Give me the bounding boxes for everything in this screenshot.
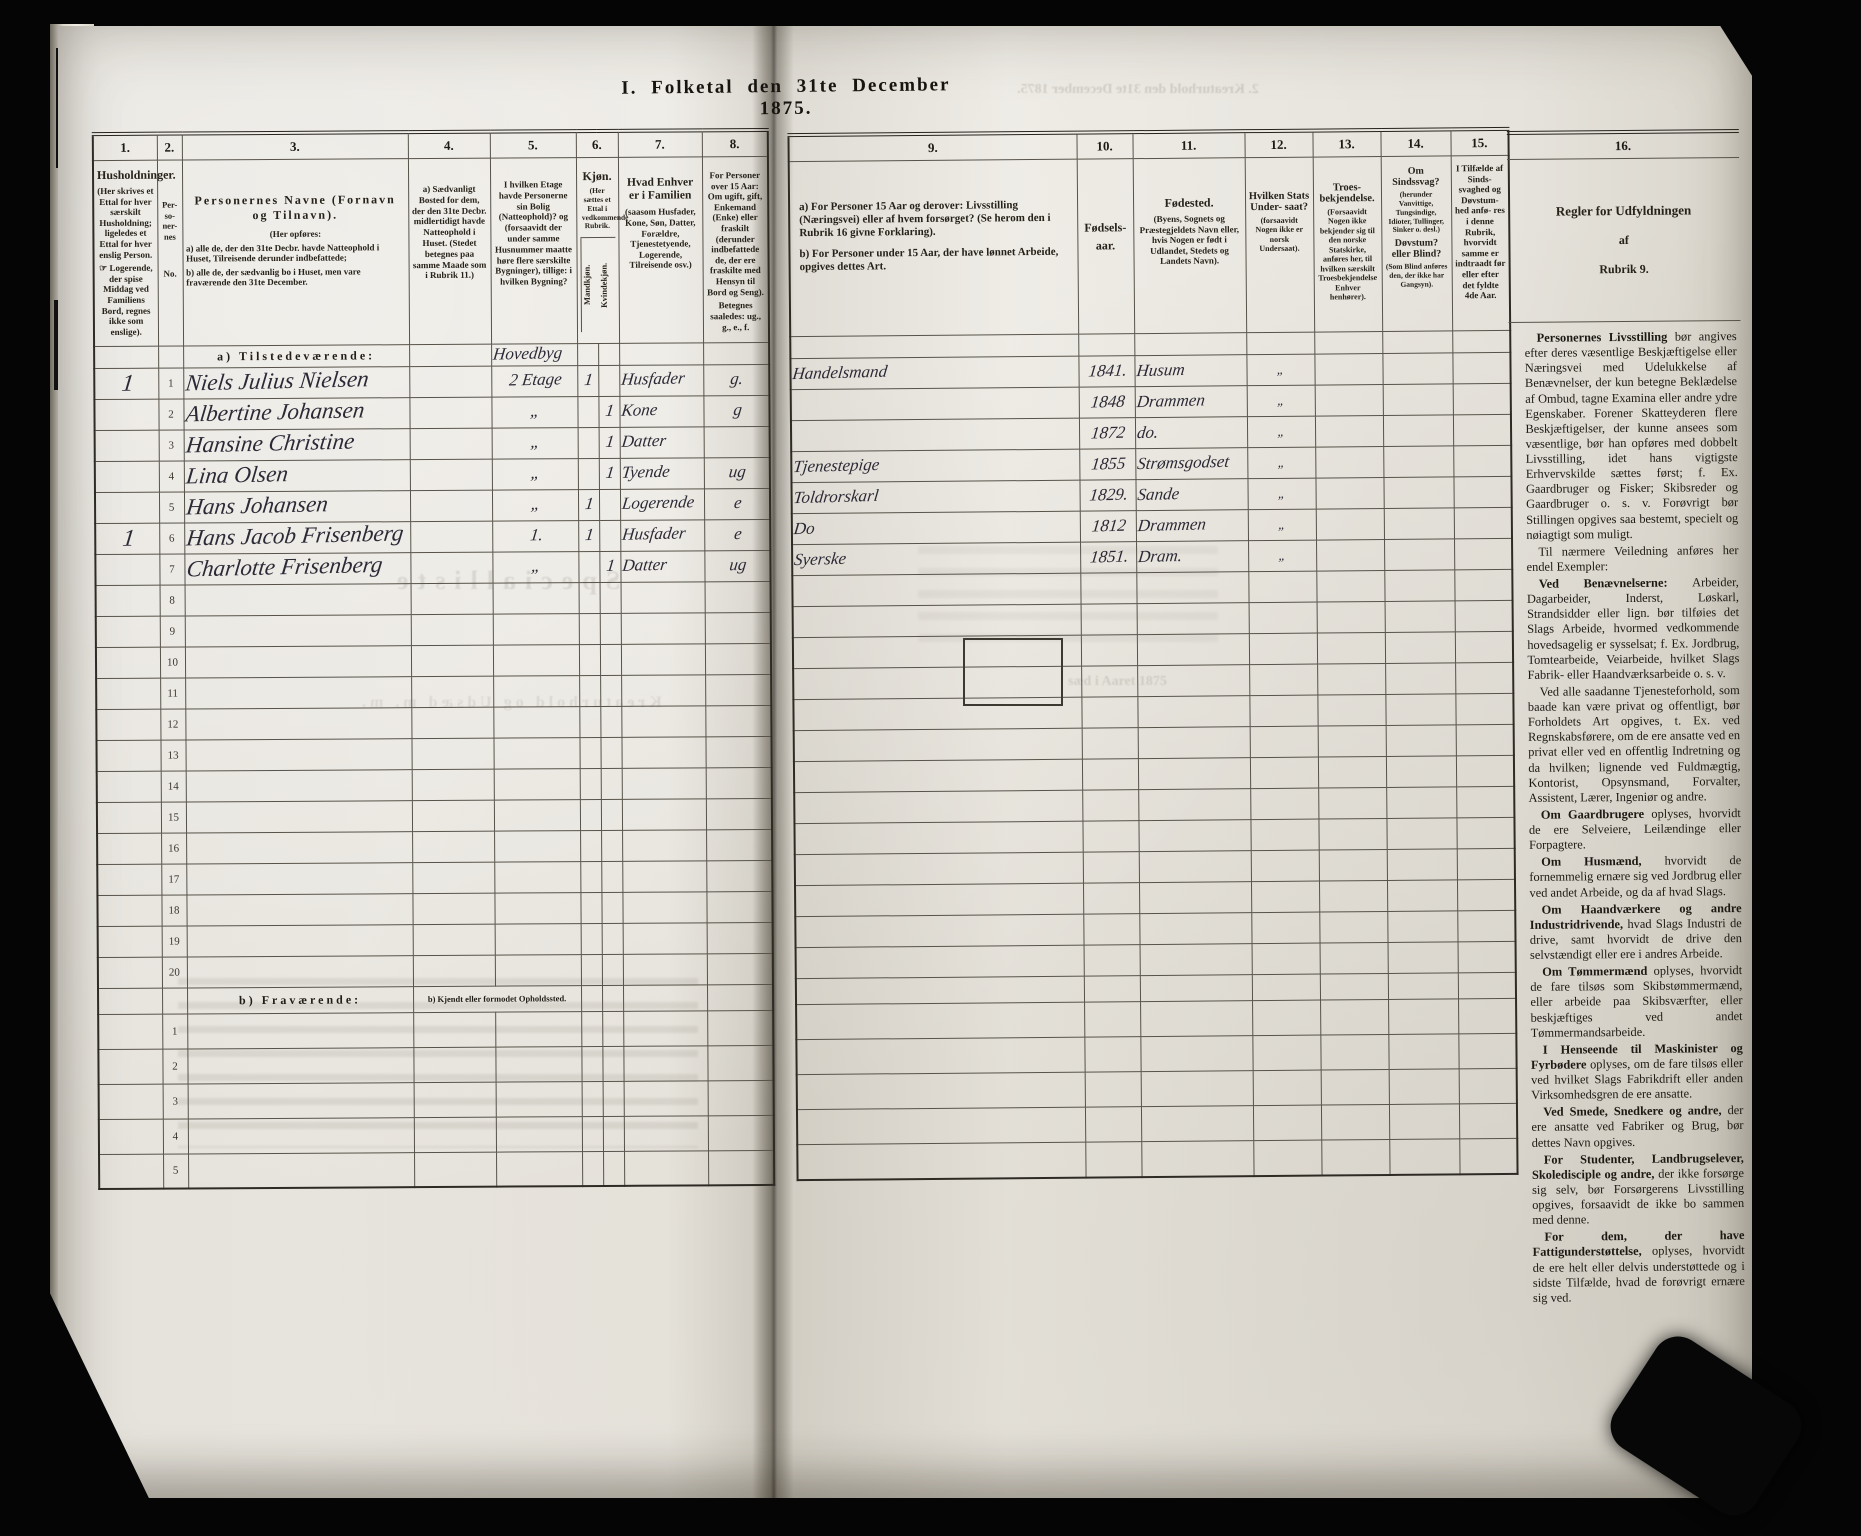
tilfaelde-cell — [1454, 507, 1512, 539]
person-name-cell — [185, 614, 411, 646]
bosted-cell — [410, 428, 492, 460]
occupation-cell — [796, 945, 1084, 979]
citizen-cell — [1246, 332, 1314, 355]
familie-note: (saasom Husfader, Kone, Søn, Datter, For… — [622, 207, 699, 271]
scan-border-bottom — [0, 1498, 1861, 1536]
troes-cell — [1321, 1139, 1389, 1175]
status-cell — [705, 612, 771, 643]
row-number-cell: 17 — [161, 864, 186, 895]
occupation-cell — [792, 573, 1080, 607]
kvindekjon-cell — [600, 644, 621, 675]
status-cell — [705, 674, 771, 705]
handdrawn-box — [963, 638, 1063, 706]
status-cell — [707, 984, 773, 1010]
bolig-cell — [493, 582, 579, 614]
bleedthrough-next-page-title: 2. Kreaturhold den 31te December 1875. — [958, 82, 1318, 98]
birthplace-cell — [1140, 1036, 1252, 1072]
occupation-cell: Handelsmand — [790, 356, 1078, 390]
table-row: 15 — [97, 798, 772, 833]
table-row: 8 — [96, 581, 771, 616]
household-mark-cell — [96, 678, 160, 709]
rules-paragraph-4: Ved alle saadanne Tjenesteforhold, som b… — [1528, 683, 1741, 806]
troes-cell — [1321, 1104, 1389, 1140]
person-name-cell: Lina Olsen — [184, 459, 410, 491]
bolig-cell — [493, 613, 579, 645]
bolig-cell — [494, 892, 580, 924]
birth-year-cell: 1851. — [1080, 542, 1136, 573]
row-number-cell: 2 — [158, 399, 183, 430]
person-name-cell — [187, 924, 413, 956]
citizen-cell — [1252, 974, 1320, 1001]
mandkjon-cell — [579, 675, 600, 706]
table-row: 3Hansine Christine„1Datter — [95, 426, 770, 461]
troes-cell — [1315, 477, 1383, 509]
status-cell — [708, 1080, 774, 1115]
birth-year-cell — [1081, 635, 1137, 666]
citizen-cell — [1253, 1105, 1321, 1141]
navne-sub: (Her opføres: — [186, 228, 405, 240]
birthplace-cell — [1140, 1001, 1252, 1037]
occupation-cell — [791, 418, 1079, 452]
family-cell — [623, 1045, 707, 1081]
occupation-cell — [794, 821, 1082, 855]
person-name-cell — [187, 1047, 413, 1083]
sinds-cell — [1383, 446, 1453, 478]
rules-paragraph-1: Personernes Livsstilling bør angives eft… — [1525, 329, 1739, 543]
col-familie-header: Hvad Enhver er i Familien (saasom Husfad… — [618, 157, 703, 343]
tilfaelde-cell — [1453, 445, 1511, 477]
mandkjon-cell — [582, 1081, 603, 1116]
bosted-cell — [414, 1152, 496, 1188]
kvindekjon-cell — [603, 1151, 624, 1186]
row-number-cell: 1 — [158, 368, 183, 399]
kvindekjon-cell — [602, 1046, 623, 1081]
occupation-cell: Syerske — [792, 542, 1080, 576]
kvindekjon-cell — [598, 343, 619, 365]
sinds-cell — [1386, 787, 1456, 819]
bosted-cell — [412, 769, 494, 801]
rules-text: Personernes Livsstilling bør angives eft… — [1508, 320, 1749, 1318]
person-name-cell: Albertine Johansen — [183, 397, 409, 429]
status-cell — [707, 953, 773, 984]
family-cell — [621, 643, 705, 675]
occupation-cell — [791, 387, 1079, 421]
table-row: 14 — [97, 767, 772, 802]
tilfaelde-cell — [1455, 631, 1513, 663]
hh-cell — [98, 1014, 162, 1049]
bolig-cell — [493, 737, 579, 769]
household-mark-cell — [95, 554, 159, 585]
sinds-cell — [1383, 477, 1453, 509]
citizenship-cell: „ — [1247, 478, 1315, 510]
troes-cell — [1318, 725, 1386, 757]
sinds-cell — [1383, 415, 1453, 447]
bolig-cell: „ — [491, 396, 577, 428]
bolig-cell — [493, 706, 579, 738]
col-etage-header: I hvilken Etage havde Personerne sin Bol… — [490, 158, 577, 344]
bolig-cell — [495, 1046, 581, 1082]
citizenship-cell — [1249, 695, 1317, 727]
bolig-cell — [495, 1011, 581, 1047]
table-row: 1 — [98, 1010, 773, 1049]
occupation-cell — [797, 1107, 1085, 1145]
familie-title: Hvad Enhver er i Familien — [622, 176, 699, 203]
occupation-cell — [793, 604, 1081, 638]
household-mark-cell: 1 — [95, 523, 159, 554]
status-cell: e — [704, 519, 770, 550]
person-name-cell — [186, 831, 412, 863]
birthplace-cell: Drammen — [1136, 510, 1248, 542]
family-cell — [624, 1080, 708, 1116]
bosted-cell — [410, 521, 492, 553]
birthplace-cell — [1138, 727, 1250, 759]
household-mark-cell — [97, 771, 161, 802]
table-row: b) Fraværende:b) Kjendt eller formodet O… — [98, 984, 773, 1014]
troes-cell — [1319, 911, 1387, 943]
fodselsaar-line1: Fødsels- — [1081, 220, 1130, 235]
troes-cell — [1320, 1034, 1388, 1070]
mandkjon-cell — [578, 427, 599, 458]
birth-year-cell — [1080, 573, 1136, 604]
kvindekjon-label: Kvindekjøn. — [598, 238, 616, 332]
birthplace-cell — [1140, 975, 1252, 1002]
birthplace-cell — [1138, 758, 1250, 790]
household-mark-cell — [95, 492, 159, 523]
tilfaelde-cell — [1454, 569, 1512, 601]
col-bosted-header: a) Sædvanligt Bosted for dem, der den 31… — [408, 158, 491, 344]
colnum-4: 4. — [408, 132, 490, 159]
citizenship-cell — [1249, 602, 1317, 634]
sinds-cell — [1389, 1104, 1459, 1140]
col-fodselsaar-header: Fødsels- aar. — [1077, 159, 1135, 334]
birthplace-cell: Husum — [1134, 355, 1246, 387]
person-name-cell: Niels Julius Nielsen — [183, 366, 409, 398]
status-cell: g. — [703, 364, 769, 395]
bosted-cell — [409, 397, 491, 429]
table-row: 19 — [98, 922, 773, 957]
table-row: 16 — [97, 829, 772, 864]
rules-paragraph-8: Om Tømmermænd oplyses, hvorvidt de fare … — [1530, 963, 1743, 1040]
troes-cell — [1315, 446, 1383, 478]
birthplace-cell: Drammen — [1135, 386, 1247, 418]
occupation-cell — [797, 1142, 1085, 1180]
family-cell: Husfader — [619, 364, 703, 396]
troes-cell — [1316, 508, 1384, 540]
row-number-cell: 5 — [163, 1154, 188, 1189]
family-cell — [623, 922, 707, 954]
kjon-title: Kjøn. — [582, 169, 613, 184]
table-row: 16Hans Jacob Frisenberg1.1Husfadere — [95, 519, 770, 554]
kvindekjon-cell — [600, 706, 621, 737]
born-cell — [1078, 334, 1134, 356]
row-number-cell: 2 — [162, 1049, 187, 1084]
navne-title: Personernes Navne (Fornavn og Tilnavn). — [186, 192, 405, 223]
row-number-cell: 19 — [162, 926, 187, 957]
bosted-cell — [412, 893, 494, 925]
citizenship-cell: „ — [1247, 385, 1315, 417]
sinds-cell — [1384, 539, 1454, 571]
mandkjon-cell — [580, 892, 601, 923]
row-number-cell: 13 — [160, 740, 185, 771]
kjon-note: (Her sættes et Ettal i vedkommende Rubri… — [582, 187, 613, 231]
troes-cell — [1317, 601, 1385, 633]
occupation-cell — [796, 1002, 1084, 1040]
household-mark-cell — [96, 740, 160, 771]
citizenship-cell: „ — [1247, 416, 1315, 448]
occupation-cell — [794, 790, 1082, 824]
bolig-top-cell: Hovedbyg — [491, 343, 577, 366]
kvindekjon-cell — [602, 1011, 623, 1046]
person-name-cell: Hansine Christine — [184, 428, 410, 460]
household-mark-cell — [96, 616, 160, 647]
person-name-cell — [188, 1082, 414, 1118]
occupation-cell — [796, 1037, 1084, 1075]
row-number-cell: 15 — [161, 802, 186, 833]
sindssvag-title: Om Sindssvag? — [1384, 165, 1447, 188]
section-label-absent: b) Fraværende: — [187, 986, 413, 1013]
mandkjon-cell — [580, 768, 601, 799]
sinds-cell — [1389, 1139, 1459, 1175]
bosted-cell — [410, 552, 492, 584]
family-cell: Tyende — [620, 457, 704, 489]
livsstilling-a: a) For Personer 15 Aar og derover: Livss… — [799, 199, 1068, 240]
status-cell — [707, 1010, 773, 1045]
civilstand-betegnelse: Betegnes saaledes: ug., g., e., f. — [706, 300, 765, 332]
table-row: 2 — [98, 1045, 773, 1084]
tilfaelde-cell — [1459, 1138, 1517, 1174]
birthplace-cell — [1137, 634, 1249, 666]
table-row: 20 — [98, 953, 773, 988]
bosted-cell — [413, 955, 495, 987]
colnum-13: 13. — [1312, 130, 1380, 157]
status-cell: ug — [704, 457, 770, 488]
bolig-cell — [494, 799, 580, 831]
colnum-1: 1. — [93, 134, 157, 161]
family-cell — [624, 1115, 708, 1151]
status-cell: e — [704, 488, 770, 519]
birth-year-cell: 1872 — [1079, 418, 1135, 449]
sinds-cell — [1387, 849, 1457, 881]
regler-title-line3: Rubrik 9. — [1508, 261, 1740, 278]
birthplace-cell — [1141, 1106, 1253, 1142]
no-cell — [158, 346, 183, 368]
household-mark-cell — [98, 957, 162, 988]
mandkjon-cell — [578, 551, 599, 582]
colnum-8: 8. — [702, 130, 768, 157]
kvindekjon-cell — [600, 613, 621, 644]
birthplace-cell: Dram. — [1136, 541, 1248, 573]
status-cell — [706, 798, 772, 829]
rules-paragraph-6: Om Husmænd, hvorvidt de fornemmelig ernæ… — [1529, 853, 1741, 900]
family-cell — [621, 581, 705, 613]
household-mark-cell: 1 — [94, 368, 158, 399]
occupation-cell — [797, 1072, 1085, 1110]
table-row: 2Albertine Johansen„1Koneg — [94, 395, 769, 430]
tilfaelde-cell — [1452, 330, 1510, 353]
kvindekjon-cell — [602, 985, 623, 1011]
colnum-11: 11. — [1132, 131, 1244, 158]
sinds-cell — [1386, 818, 1456, 850]
person-name-cell — [185, 583, 411, 615]
person-name-cell — [185, 707, 411, 739]
bosted-cell — [411, 645, 493, 677]
status-cell — [703, 342, 769, 364]
mandkjon-cell — [579, 582, 600, 613]
colnum-6: 6. — [576, 131, 618, 158]
sinds-cell — [1386, 725, 1456, 757]
regler-title-line1: Regler for Udfyldningen — [1507, 202, 1739, 220]
col-tilfaelde-header: I Tilfælde af Sinds- svaghed og Døvstum-… — [1451, 155, 1511, 330]
sinds-cell — [1385, 601, 1455, 633]
tilfaelde-cell — [1459, 1103, 1517, 1139]
family-cell — [622, 891, 706, 923]
status-cell — [706, 767, 772, 798]
col-husholdninger-header: Husholdninger. (Her skrives et Ettal for… — [93, 160, 158, 346]
birth-year-cell: 1829. — [1079, 480, 1135, 511]
status-cell — [704, 426, 770, 457]
family-cell — [622, 860, 706, 892]
col-undersaat-header: Hvilken Stats Under- saat? (forsaavidt N… — [1245, 157, 1315, 333]
citizenship-cell — [1249, 664, 1317, 696]
bolig-cell — [493, 644, 579, 676]
person-name-cell — [186, 862, 412, 894]
book-spread: I. Folketal den 31te December 1875. 2. K… — [58, 26, 1752, 1498]
tilfaelde-cell — [1453, 414, 1511, 446]
citizenship-cell: „ — [1248, 540, 1316, 572]
family-cell — [619, 342, 703, 365]
citizenship-cell — [1250, 788, 1318, 820]
birthplace-cell — [1138, 820, 1250, 852]
row-number-cell: 1 — [162, 1014, 187, 1049]
household-mark-cell — [97, 802, 161, 833]
bosted-cell — [410, 459, 492, 491]
troes-cell — [1317, 663, 1385, 695]
troes-title: Troes- bekjendelse. — [1316, 182, 1377, 205]
birthplace-cell: Strømsgodset — [1135, 448, 1247, 480]
status-cell — [705, 705, 771, 736]
tilfaelde-cell — [1455, 600, 1513, 632]
birthplace-cell — [1139, 913, 1251, 945]
person-name-cell: Hans Jacob Frisenberg — [184, 521, 410, 553]
col-kjon-header: Kjøn. (Her sættes et Ettal i vedkommende… — [576, 157, 619, 343]
mandkjon-cell — [579, 737, 600, 768]
sinds-cell — [1384, 570, 1454, 602]
table-row: 5Hans Johansen„1Logerendee — [95, 488, 770, 523]
family-cell — [623, 984, 707, 1011]
bosted-cell — [411, 583, 493, 615]
scanned-census-page: { "page": { "title": "I. Folketal den 31… — [0, 0, 1861, 1536]
row-number-cell: 8 — [160, 585, 185, 616]
born-cell — [1084, 976, 1140, 1002]
table-row: 9 — [96, 612, 771, 647]
sinds-cell — [1387, 880, 1457, 912]
citizenship-cell — [1250, 757, 1318, 789]
family-cell — [621, 612, 705, 644]
bosted-cell — [413, 924, 495, 956]
birth-year-cell — [1083, 852, 1139, 883]
kvindekjon-cell: 1 — [599, 551, 620, 582]
tilfaelde-cell — [1456, 724, 1514, 756]
citizenship-cell — [1251, 881, 1319, 913]
rules-paragraph-5: Om Gaardbrugere oplyses, hvorvidt de ere… — [1529, 806, 1741, 853]
rules-paragraph-2: Til nærmere Veiledning anføres her endel… — [1526, 543, 1738, 575]
no-cell — [162, 988, 187, 1014]
mandkjon-cell — [582, 1116, 603, 1151]
tilfaelde-cell — [1452, 352, 1510, 384]
status-cell — [707, 922, 773, 953]
bolig-cell — [496, 1081, 582, 1117]
citizen-cell — [1253, 1140, 1321, 1176]
family-cell — [622, 829, 706, 861]
etage-text: I hvilken Etage havde Personerne sin Bol… — [494, 179, 574, 287]
occupation-cell — [795, 914, 1083, 948]
bolig-cell: 2 Etage — [491, 365, 577, 397]
troes-cell — [1314, 353, 1382, 385]
birthplace-cell — [1140, 944, 1252, 976]
occupation-cell: Tjenestepige — [791, 449, 1079, 483]
fodested-title: Fødested. — [1137, 195, 1242, 211]
scan-border-right — [1752, 0, 1861, 1536]
right-table-body: Handelsmand1841.Husum„1848Drammen„1872do… — [790, 330, 1517, 1179]
sinds-cell — [1389, 1069, 1459, 1105]
row-number-cell: 18 — [161, 895, 186, 926]
household-mark-cell — [95, 430, 159, 461]
bolig-cell — [496, 1151, 582, 1187]
tilfaelde-cell — [1458, 972, 1516, 999]
sinds-cell — [1384, 508, 1454, 540]
person-name-cell — [188, 1152, 414, 1188]
household-mark-cell — [94, 399, 158, 430]
birth-year-cell — [1081, 604, 1137, 635]
regler-title-line2: af — [1508, 232, 1740, 249]
status-cell — [708, 1150, 774, 1185]
status-cell — [706, 860, 772, 891]
mandkjon-cell — [578, 458, 599, 489]
mandkjon-label: Mandkjøn. — [580, 238, 599, 332]
bosted-cell — [409, 366, 491, 398]
bosted-cell — [412, 831, 494, 863]
rules-paragraph-9: I Henseende til Maskinister og Fyrbødere… — [1531, 1041, 1744, 1103]
kvindekjon-cell — [598, 365, 619, 396]
citizenship-cell — [1249, 633, 1317, 665]
birth-year-cell — [1082, 759, 1138, 790]
troes-cell — [1319, 880, 1387, 912]
table-row: 18 — [97, 891, 772, 926]
col-sindssvag-header: Om Sindssvag? (herunder Vanvittige, Tung… — [1381, 156, 1453, 332]
person-name-cell: Hans Johansen — [184, 490, 410, 522]
born-cell — [1085, 1107, 1141, 1142]
family-cell — [622, 767, 706, 799]
bolig-cell: „ — [492, 427, 578, 459]
row-number-cell: 5 — [159, 492, 184, 523]
family-cell: Logerende — [620, 488, 704, 520]
citizenship-cell — [1252, 943, 1320, 975]
mandkjon-cell — [582, 1151, 603, 1186]
citizen-cell — [1252, 1035, 1320, 1071]
row-number-cell: 3 — [159, 430, 184, 461]
row-number-cell: 12 — [160, 709, 185, 740]
kvindekjon-cell — [601, 861, 622, 892]
row-number-cell: 20 — [162, 957, 187, 988]
sinds-cell — [1382, 331, 1452, 354]
birthplace-cell: do. — [1135, 417, 1247, 449]
mandkjon-cell — [581, 923, 602, 954]
tilfaelde-cell — [1453, 476, 1511, 508]
person-name-cell — [186, 800, 412, 832]
sinds-cell — [1388, 942, 1458, 974]
occupation-cell: Do — [792, 511, 1080, 545]
birth-year-cell — [1082, 821, 1138, 852]
